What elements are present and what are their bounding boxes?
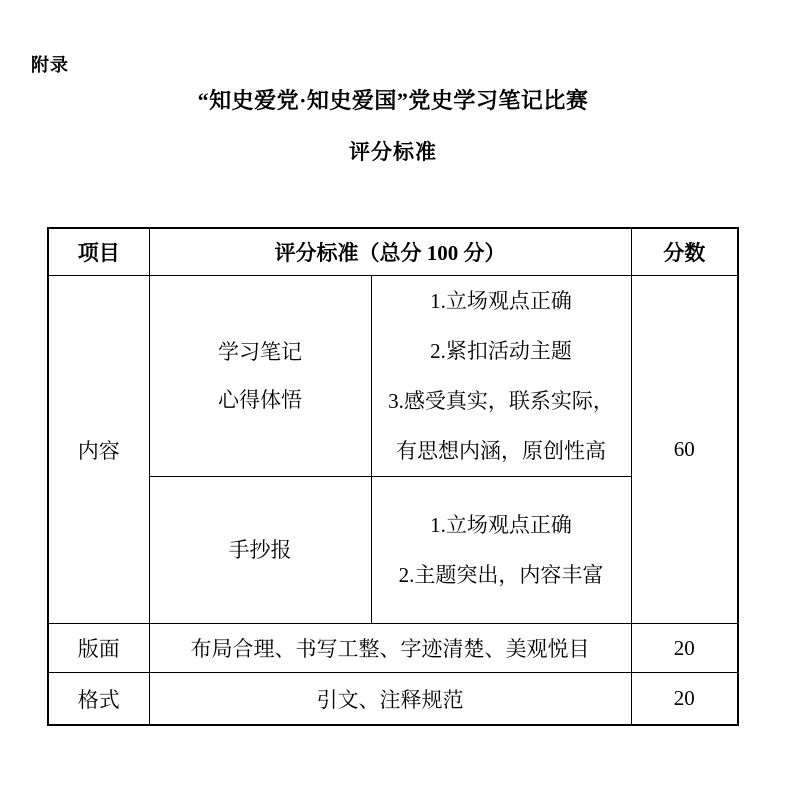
criteria-cell-layout: 布局合理、书写工整、字迹清楚、美观悦目 [149,624,631,673]
subitem-cell-poster: 手抄报 [149,477,371,624]
poster-criterion-2: 2.主题突出，内容丰富 [372,550,631,600]
format-row: 格式 引文、注释规范 20 [48,673,738,726]
layout-row: 版面 布局合理、书写工整、字迹清楚、美观悦目 20 [48,624,738,673]
criteria-cell-format: 引文、注释规范 [149,673,631,726]
document-subtitle: 评分标准 [0,136,786,166]
appendix-label: 附录 [31,51,69,77]
item-cell-layout: 版面 [48,624,149,673]
poster-criterion-1: 1.立场观点正确 [372,500,631,550]
scoring-criteria-table: 项目 评分标准（总分 100 分） 分数 内容 学习笔记 心得体悟 1.立场观点… [47,227,739,726]
notes-criterion-3-continued: 有思想内涵，原创性高 [372,426,631,476]
header-cell-score: 分数 [631,228,738,276]
item-cell-format: 格式 [48,673,149,726]
criteria-cell-poster: 1.立场观点正确 2.主题突出，内容丰富 [371,477,631,624]
header-cell-item: 项目 [48,228,149,276]
notes-criterion-3: 3.感受真实，联系实际， [372,376,631,426]
header-cell-criteria: 评分标准（总分 100 分） [149,228,631,276]
score-cell-format: 20 [631,673,738,726]
subitem-notes-line2: 心得体悟 [150,376,371,424]
subitem-cell-notes: 学习笔记 心得体悟 [149,276,371,477]
item-cell-content: 内容 [48,276,149,624]
subitem-poster-name: 手抄报 [150,526,371,574]
document-title: “知史爱党·知史爱国”党史学习笔记比赛 [0,84,786,115]
table-header-row: 项目 评分标准（总分 100 分） 分数 [48,228,738,276]
subitem-notes-line1: 学习笔记 [150,328,371,376]
notes-criterion-2: 2.紧扣活动主题 [372,326,631,376]
criteria-cell-notes: 1.立场观点正确 2.紧扣活动主题 3.感受真实，联系实际， 有思想内涵，原创性… [371,276,631,477]
content-notes-row: 内容 学习笔记 心得体悟 1.立场观点正确 2.紧扣活动主题 3.感受真实，联系… [48,276,738,477]
notes-criterion-1: 1.立场观点正确 [372,276,631,326]
score-cell-layout: 20 [631,624,738,673]
document-page: 附录 “知史爱党·知史爱国”党史学习笔记比赛 评分标准 项目 评分标准（总分 1… [0,0,786,786]
score-cell-content: 60 [631,276,738,624]
